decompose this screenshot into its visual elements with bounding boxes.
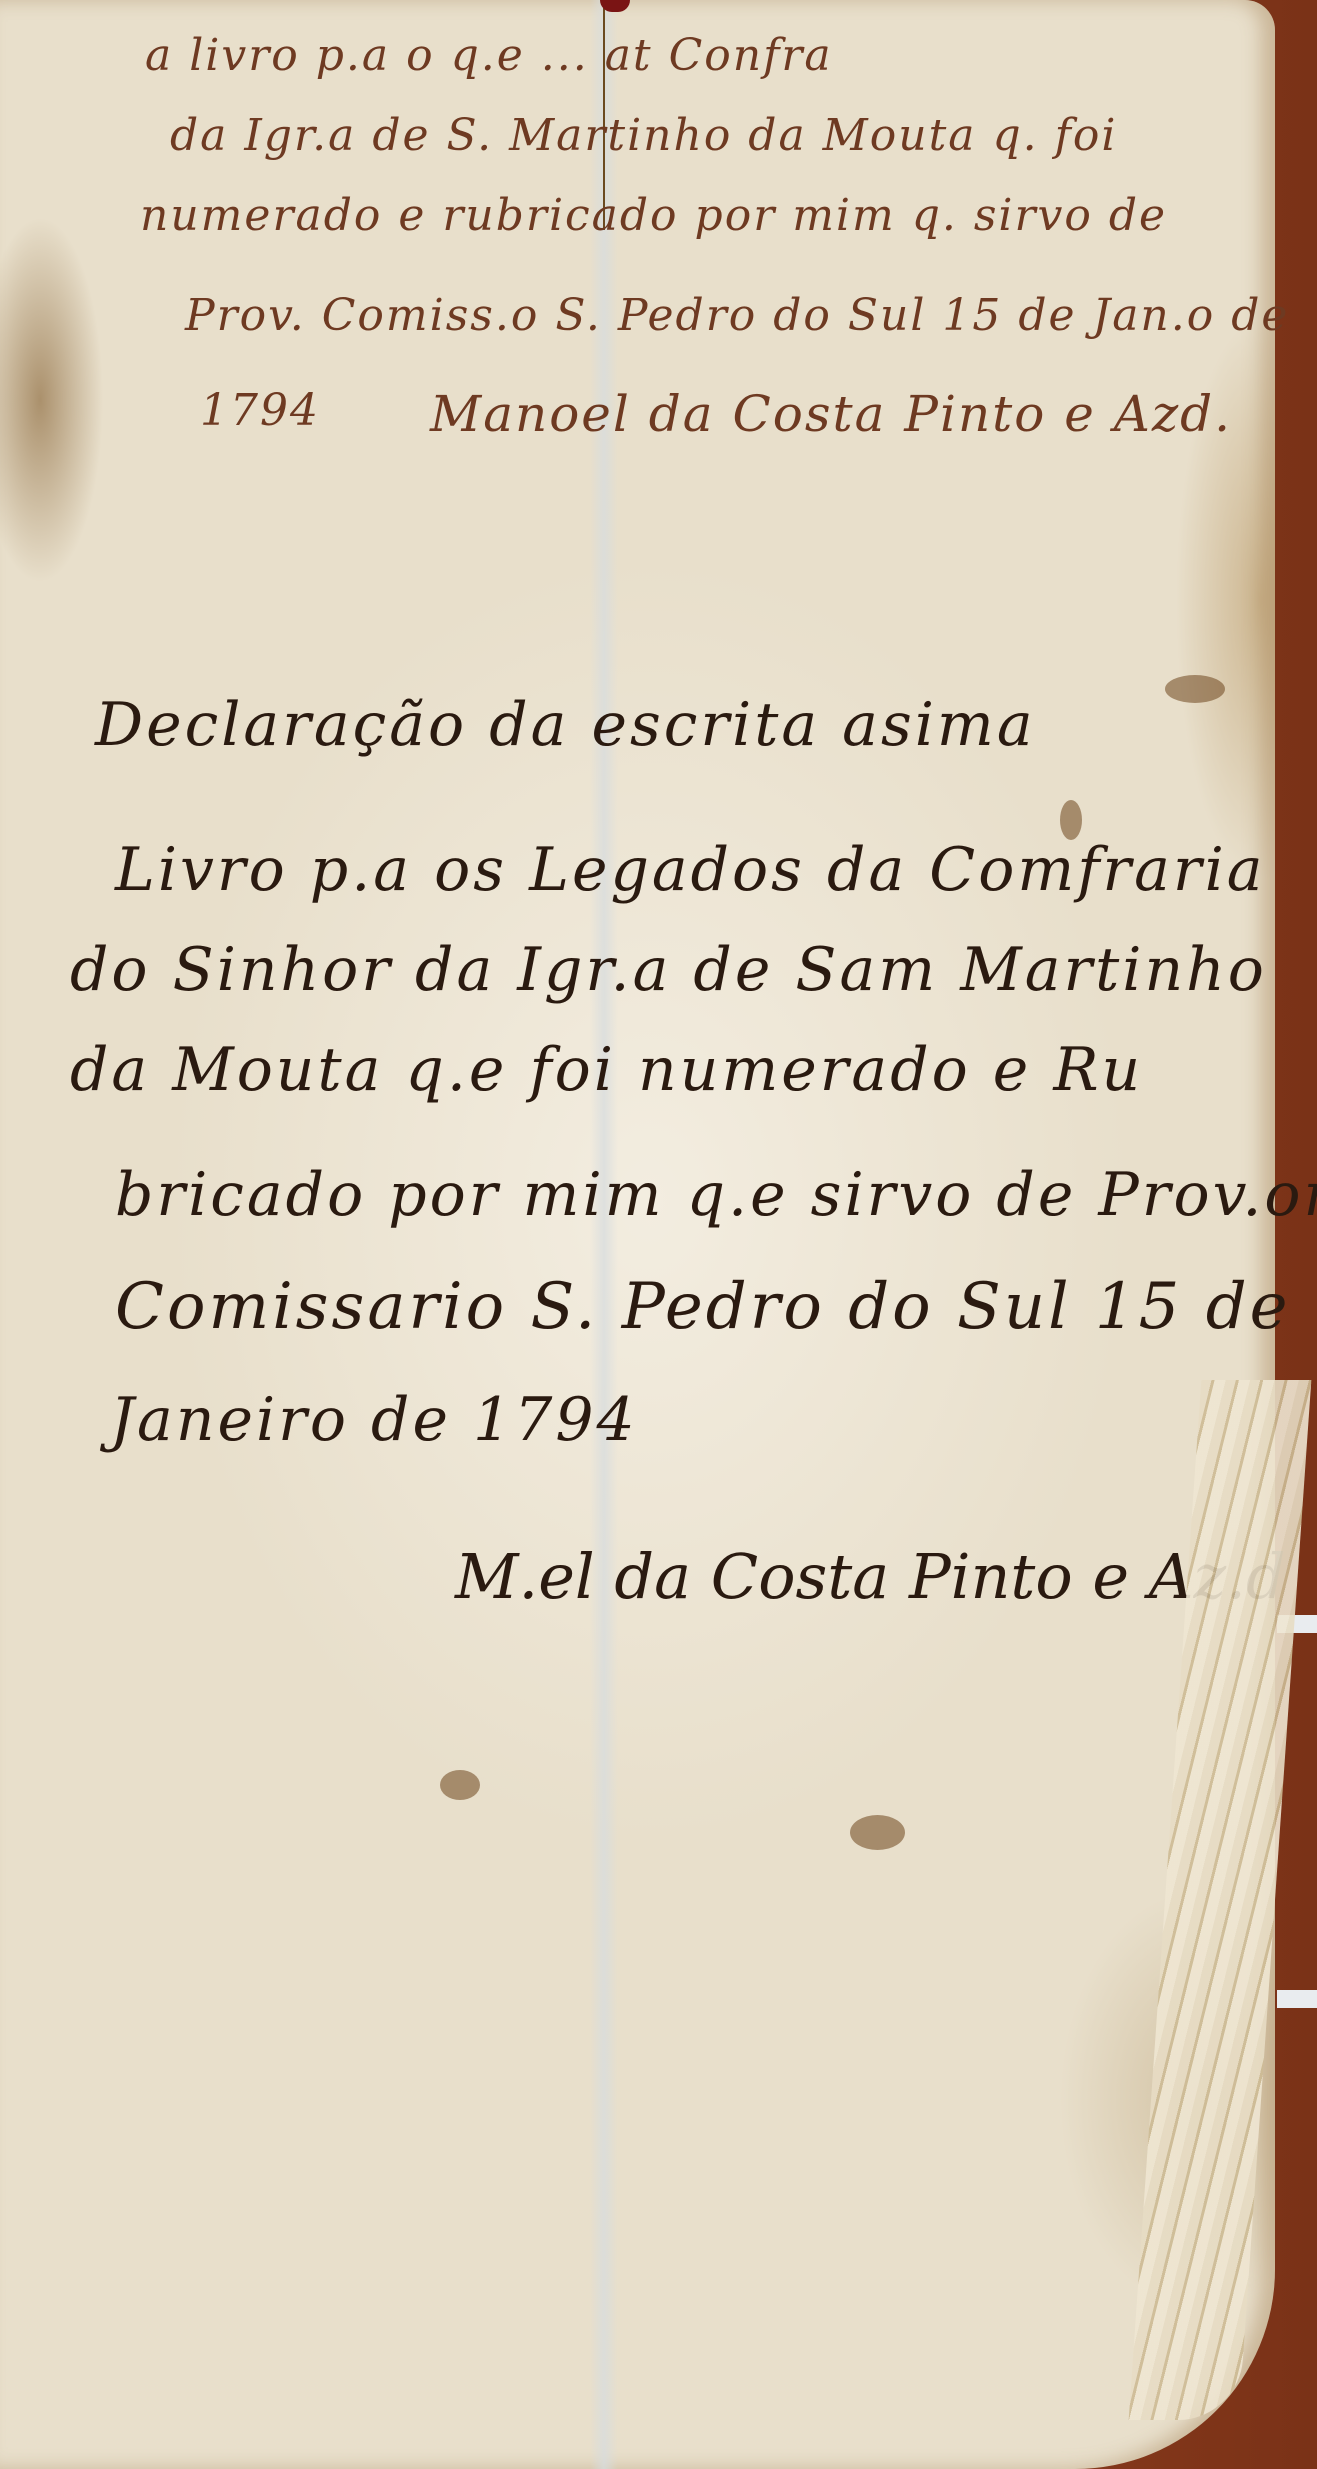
upper-note-signature: Manoel da Costa Pinto e Azd. <box>430 385 1232 443</box>
main-text-line: do Sinhor da Igr.a de Sam Martinho <box>70 935 1267 1005</box>
main-text-line: da Mouta q.e foi numerado e Ru <box>70 1035 1143 1105</box>
main-text-line: Comissario S. Pedro do Sul 15 de <box>115 1270 1291 1344</box>
upper-note-year: 1794 <box>200 385 320 436</box>
ink-stain <box>1060 800 1082 840</box>
manuscript-page: a livro p.a o q.e ... at Confra da Igr.a… <box>0 0 1275 2469</box>
ink-stain <box>1165 675 1225 703</box>
upper-note-line: da Igr.a de S. Martinho da Mouta q. foi <box>170 110 1117 161</box>
main-text-line: bricado por mim q.e sirvo de Prov.or <box>115 1160 1317 1230</box>
page-fold <box>590 0 618 2469</box>
main-text-line: Livro p.a os Legados da Comfraria <box>115 835 1266 905</box>
upper-note-line: Prov. Comiss.o S. Pedro do Sul 15 de Jan… <box>185 290 1289 341</box>
signature: M.el da Costa Pinto e Az.d <box>455 1540 1286 1613</box>
main-text-date: Janeiro de 1794 <box>110 1385 638 1455</box>
upper-note-line: numerado e rubricado por mim q. sirvo de <box>140 190 1167 241</box>
upper-note-line: a livro p.a o q.e ... at Confra <box>145 30 833 81</box>
ink-stain <box>440 1770 480 1800</box>
ink-stain <box>850 1815 905 1850</box>
main-text-line: Declaração da escrita asima <box>95 690 1036 760</box>
window-reflection <box>1277 1990 1317 2008</box>
